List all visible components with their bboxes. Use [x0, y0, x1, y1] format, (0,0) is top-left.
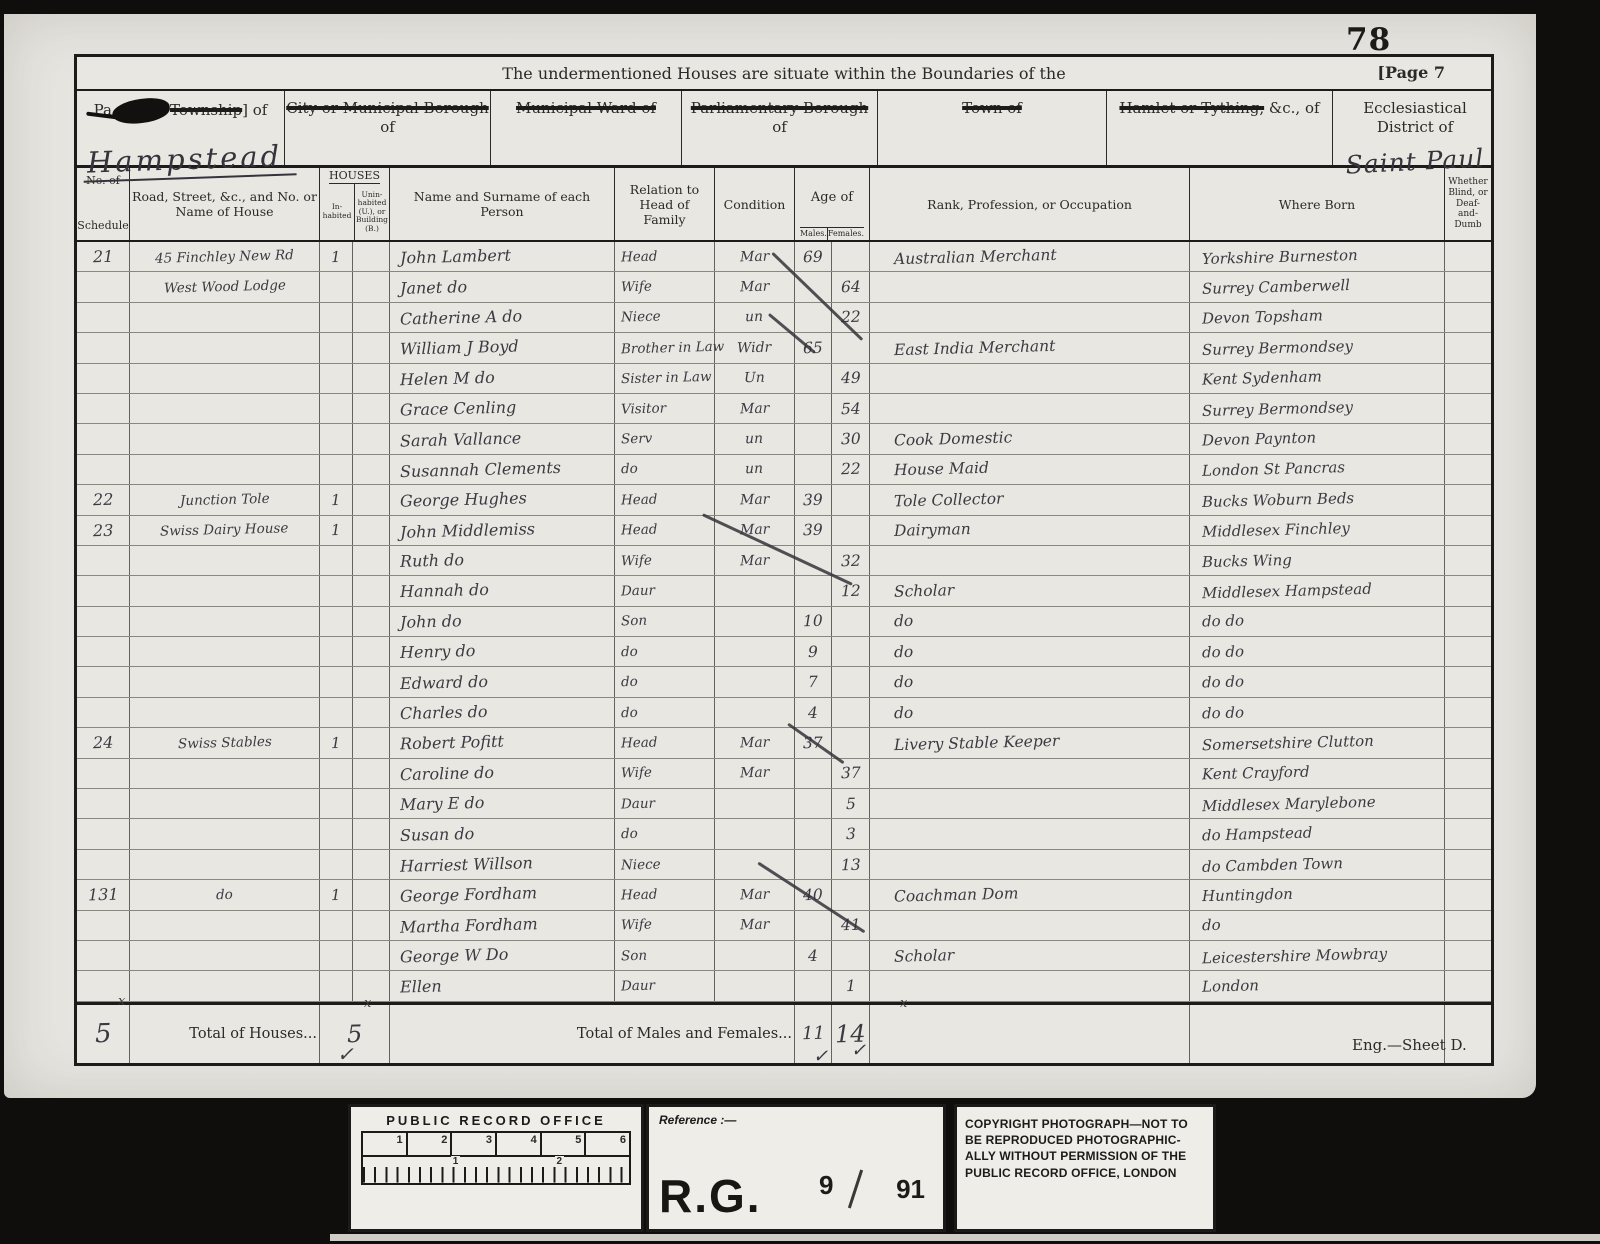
- cell-road: [129, 637, 319, 666]
- cell-cond: [714, 576, 794, 605]
- cell-name: John Lambert: [389, 242, 614, 271]
- cell-cond: [714, 789, 794, 818]
- cell-occ: Livery Stable Keeper: [869, 728, 1189, 757]
- cell-cond: Mar: [714, 728, 794, 757]
- cell-uninh: [352, 333, 389, 362]
- handwritten-entry: Kent Sydenham: [1202, 368, 1322, 389]
- jurisdiction-borough: City or Municipal Borough of: [284, 91, 490, 165]
- cell-inh: 1: [319, 728, 352, 757]
- cell-inf: [1444, 516, 1491, 545]
- census-row: 24Swiss Stables1Robert PofittHeadMar37Li…: [77, 728, 1491, 758]
- handwritten-entry: Somersetshire Clutton: [1202, 732, 1374, 754]
- cell-sched: [77, 789, 129, 818]
- cell-rel: do: [614, 455, 714, 484]
- cell-cond: Mar: [714, 394, 794, 423]
- handwritten-entry: do: [621, 644, 638, 660]
- cell-cond: un: [714, 303, 794, 332]
- cell-f: [831, 333, 869, 362]
- cell-rel: Serv: [614, 424, 714, 453]
- cell-f: 3: [831, 819, 869, 848]
- cell-born: Yorkshire Burneston: [1189, 242, 1444, 271]
- handwritten-entry: 5: [845, 795, 855, 813]
- census-row: 131do1George FordhamHeadMar40Coachman Do…: [77, 880, 1491, 910]
- census-row: Charles dodo4dodo do: [77, 698, 1491, 728]
- cell-born: do do: [1189, 698, 1444, 727]
- cell-born: Bucks Woburn Beds: [1189, 485, 1444, 514]
- cell-sched: 23: [77, 516, 129, 545]
- cell-uninh: [352, 850, 389, 879]
- cell-name: Helen M do: [389, 364, 614, 393]
- cross-mark: x: [900, 996, 907, 1011]
- cell-uninh: [352, 485, 389, 514]
- cell-f: 64: [831, 272, 869, 301]
- cell-f: 54: [831, 394, 869, 423]
- handwritten-entry: 21: [93, 247, 114, 267]
- cell-cond: un: [714, 455, 794, 484]
- cell-born: London: [1189, 971, 1444, 1000]
- handwritten-entry: 3: [845, 825, 855, 843]
- cell-road: [129, 364, 319, 393]
- handwritten-entry: London St Pancras: [1202, 459, 1345, 481]
- pro-copyright-box: COPYRIGHT PHOTOGRAPH—NOT TO BE REPRODUCE…: [954, 1104, 1216, 1232]
- cell-name: Harriest Willson: [389, 850, 614, 879]
- cell-f: [831, 516, 869, 545]
- cell-sched: [77, 364, 129, 393]
- cell-born: do do: [1189, 667, 1444, 696]
- cell-rel: Head: [614, 880, 714, 909]
- handwritten-entry: Middlesex Marylebone: [1202, 792, 1376, 815]
- cell-inh: [319, 546, 352, 575]
- cell-f: 30: [831, 424, 869, 453]
- cell-name: Susannah Clements: [389, 455, 614, 484]
- cell-inf: [1444, 364, 1491, 393]
- census-row: 22Junction Tole1George HughesHeadMar39To…: [77, 485, 1491, 515]
- cell-sched: [77, 394, 129, 423]
- header-name: Name and Surname of each Person: [389, 168, 614, 240]
- cell-road: [129, 333, 319, 362]
- cell-uninh: [352, 911, 389, 940]
- cell-rel: Sister in Law: [614, 364, 714, 393]
- cell-cond: Mar: [714, 485, 794, 514]
- table-title: The undermentioned Houses are situate wi…: [502, 64, 1065, 83]
- handwritten-entry: John Middlemiss: [400, 519, 535, 542]
- cell-sched: [77, 759, 129, 788]
- handwritten-entry: Visitor: [621, 400, 666, 417]
- cell-cond: Mar: [714, 911, 794, 940]
- cell-born: Middlesex Finchley: [1189, 516, 1444, 545]
- cell-cond: Mar: [714, 272, 794, 301]
- cell-occ: East India Merchant: [869, 333, 1189, 362]
- handwritten-entry: 69: [803, 247, 823, 266]
- pro-office-title: PUBLIC RECORD OFFICE: [361, 1113, 631, 1128]
- cell-m: [794, 759, 831, 788]
- cell-road: [129, 971, 319, 1000]
- handwritten-entry: 9: [808, 643, 818, 661]
- cell-inh: 1: [319, 516, 352, 545]
- cell-road: Swiss Stables: [129, 728, 319, 757]
- header-uninhabited: Unin-habited (U.), or Building (B.): [354, 184, 389, 240]
- handwritten-entry: do Hampstead: [1202, 824, 1313, 845]
- cell-occ: Cook Domestic: [869, 424, 1189, 453]
- cell-road: [129, 850, 319, 879]
- cell-road: [129, 303, 319, 332]
- cell-occ: do: [869, 698, 1189, 727]
- handwritten-entry: Widr: [737, 339, 772, 356]
- cell-inh: [319, 667, 352, 696]
- cell-inf: [1444, 424, 1491, 453]
- census-row: EllenDaur1London: [77, 971, 1491, 1001]
- cell-name: Martha Fordham: [389, 911, 614, 940]
- census-row: Susannah Clementsdoun22House MaidLondon …: [77, 455, 1491, 485]
- census-row: Harriest WillsonNiece13do Cambden Town: [77, 850, 1491, 880]
- cell-occ: [869, 272, 1189, 301]
- handwritten-entry: Wife: [621, 552, 652, 569]
- cell-occ: [869, 789, 1189, 818]
- cell-cond: [714, 971, 794, 1000]
- handwritten-entry: Robert Pofitt: [400, 732, 504, 754]
- header-condition: Condition: [714, 168, 794, 240]
- cell-sched: [77, 546, 129, 575]
- handwritten-entry: un: [745, 309, 763, 325]
- handwritten-entry: Livery Stable Keeper: [894, 732, 1060, 754]
- handwritten-entry: Sister in Law: [621, 369, 712, 387]
- handwritten-entry: 1: [845, 977, 855, 995]
- cell-cond: [714, 637, 794, 666]
- handwritten-entry: Mar: [740, 887, 770, 904]
- handwritten-entry: Dairyman: [894, 520, 971, 540]
- cell-inh: [319, 333, 352, 362]
- column-header-row: No. of Schedule Road, Street, &c., and N…: [77, 168, 1491, 242]
- cell-occ: Tole Collector: [869, 485, 1189, 514]
- cell-m: 69: [794, 242, 831, 271]
- cell-sched: [77, 272, 129, 301]
- cell-uninh: [352, 272, 389, 301]
- handwritten-entry: Swiss Stables: [177, 734, 271, 752]
- cell-name: Hannah do: [389, 576, 614, 605]
- cell-road: 45 Finchley New Rd: [129, 242, 319, 271]
- cell-inh: 1: [319, 880, 352, 909]
- cell-inf: [1444, 667, 1491, 696]
- handwritten-entry: Charles do: [400, 702, 488, 723]
- cell-rel: Head: [614, 728, 714, 757]
- cell-road: West Wood Lodge: [129, 272, 319, 301]
- cell-inf: [1444, 455, 1491, 484]
- cell-cond: [714, 607, 794, 636]
- handwritten-entry: Mar: [740, 491, 770, 508]
- handwritten-entry: Mar: [740, 917, 770, 934]
- cell-born: do do: [1189, 637, 1444, 666]
- header-relation: Relation to Head of Family: [614, 168, 714, 240]
- cell-occ: [869, 364, 1189, 393]
- handwritten-entry: Head: [621, 886, 658, 903]
- total-houses-value: 5: [319, 1005, 389, 1063]
- cell-uninh: [352, 789, 389, 818]
- cell-born: Surrey Camberwell: [1189, 272, 1444, 301]
- handwritten-entry: George Fordham: [400, 884, 538, 907]
- cell-f: 22: [831, 455, 869, 484]
- cell-name: Caroline do: [389, 759, 614, 788]
- cell-uninh: [352, 819, 389, 848]
- cell-inf: [1444, 333, 1491, 362]
- handwritten-entry: 7: [808, 673, 818, 691]
- cell-uninh: [352, 880, 389, 909]
- jurisdiction-hamlet: Hamlet or Tything, &c., of: [1106, 91, 1332, 165]
- cell-m: [794, 364, 831, 393]
- cell-born: London St Pancras: [1189, 455, 1444, 484]
- cell-born: Surrey Bermondsey: [1189, 394, 1444, 423]
- cell-cond: Widr: [714, 333, 794, 362]
- cell-rel: Wife: [614, 759, 714, 788]
- handwritten-entry: Martha Fordham: [400, 914, 538, 937]
- header-infirm: Whether Blind, or Deaf-and-Dumb: [1444, 168, 1491, 240]
- handwritten-entry: House Maid: [894, 459, 989, 479]
- cell-inf: [1444, 485, 1491, 514]
- cell-cond: un: [714, 424, 794, 453]
- handwritten-entry: Janet do: [400, 277, 468, 298]
- cell-rel: Niece: [614, 303, 714, 332]
- cell-m: [794, 819, 831, 848]
- cell-road: Junction Tole: [129, 485, 319, 514]
- handwritten-entry: Bucks Woburn Beds: [1202, 489, 1355, 511]
- handwritten-entry: Son: [621, 947, 647, 964]
- cell-inh: [319, 637, 352, 666]
- handwritten-entry: Mar: [740, 522, 770, 539]
- handwritten-entry: Scholar: [894, 581, 955, 601]
- census-row: Susan dodo3do Hampstead: [77, 819, 1491, 849]
- cell-cond: Un: [714, 364, 794, 393]
- cell-f: 1: [831, 971, 869, 1000]
- cell-name: Ruth do: [389, 546, 614, 575]
- handwritten-entry: Wife: [621, 917, 652, 934]
- sheet-note: Eng.—Sheet D.: [1352, 1036, 1467, 1054]
- cell-inh: [319, 364, 352, 393]
- header-houses-group: HOUSES In-habited Unin-habited (U.), or …: [319, 168, 389, 240]
- handwritten-entry: do: [621, 461, 638, 477]
- cell-name: George Fordham: [389, 880, 614, 909]
- cell-f: [831, 941, 869, 970]
- handwritten-entry: Wife: [621, 279, 652, 296]
- handwritten-entry: Yorkshire Burneston: [1202, 246, 1358, 268]
- cell-uninh: [352, 424, 389, 453]
- handwritten-entry: Swiss Dairy House: [160, 521, 289, 540]
- cross-mark: x: [118, 994, 125, 1009]
- cell-uninh: [352, 698, 389, 727]
- handwritten-entry: Mary E do: [400, 793, 485, 814]
- cell-name: George W Do: [389, 941, 614, 970]
- totals-schedule-cell: 5: [77, 1005, 129, 1063]
- handwritten-entry: Leicestershire Mowbray: [1202, 944, 1387, 967]
- folio-number: 78: [1346, 22, 1391, 58]
- handwritten-entry: do: [894, 612, 914, 630]
- cell-road: [129, 424, 319, 453]
- handwritten-entry: George Hughes: [400, 489, 527, 511]
- cell-road: [129, 819, 319, 848]
- handwritten-entry: Surrey Bermondsey: [1202, 337, 1353, 359]
- cell-uninh: [352, 516, 389, 545]
- cell-inh: 1: [319, 485, 352, 514]
- cell-rel: Wife: [614, 272, 714, 301]
- pro-scale-numbers: 1 2 3 4 5 6: [361, 1131, 631, 1155]
- handwritten-entry: Niece: [621, 856, 661, 873]
- handwritten-entry: Susannah Clements: [400, 458, 561, 481]
- cross-mark: x: [364, 996, 371, 1011]
- cell-uninh: [352, 759, 389, 788]
- cell-born: Leicestershire Mowbray: [1189, 941, 1444, 970]
- cell-uninh: [352, 546, 389, 575]
- cell-born: do do: [1189, 607, 1444, 636]
- census-row: 2145 Finchley New Rd1John LambertHeadMar…: [77, 242, 1491, 272]
- cell-cond: [714, 667, 794, 696]
- handwritten-entry: Surrey Camberwell: [1202, 276, 1350, 298]
- handwritten-entry: 4: [808, 703, 818, 721]
- handwritten-entry: 1: [331, 248, 341, 266]
- handwritten-entry: Niece: [621, 309, 661, 326]
- handwritten-entry: Wife: [621, 765, 652, 782]
- census-row: Mary E doDaur5Middlesex Marylebone: [77, 789, 1491, 819]
- cell-sched: 131: [77, 880, 129, 909]
- cell-inh: [319, 303, 352, 332]
- cell-m: [794, 455, 831, 484]
- cell-sched: [77, 941, 129, 970]
- handwritten-entry: 10: [803, 612, 823, 631]
- cell-name: John Middlemiss: [389, 516, 614, 545]
- cell-m: 9: [794, 637, 831, 666]
- cell-m: 39: [794, 485, 831, 514]
- cell-born: Kent Sydenham: [1189, 364, 1444, 393]
- jurisdiction-parish-label: PaTownship] of: [77, 99, 284, 123]
- handwritten-entry: 23: [93, 520, 114, 540]
- totals-empty-born: [1189, 1005, 1444, 1063]
- header-age-group: Age of Males. Females.: [794, 168, 869, 240]
- cell-cond: Mar: [714, 759, 794, 788]
- cell-sched: [77, 667, 129, 696]
- cell-uninh: [352, 394, 389, 423]
- cell-inh: [319, 819, 352, 848]
- cell-rel: Niece: [614, 850, 714, 879]
- cell-born: Kent Crayford: [1189, 759, 1444, 788]
- handwritten-entry: 22: [840, 460, 860, 479]
- cell-m: [794, 789, 831, 818]
- cell-cond: Mar: [714, 516, 794, 545]
- cell-occ: Dairyman: [869, 516, 1189, 545]
- handwritten-entry: 131: [87, 885, 118, 905]
- handwritten-entry: Australian Merchant: [894, 246, 1057, 268]
- jurisdiction-town: Town of: [877, 91, 1106, 165]
- cell-name: Sarah Vallance: [389, 424, 614, 453]
- handwritten-entry: Hannah do: [400, 580, 489, 601]
- pro-reference-box: Reference :— R.G. 9 91: [646, 1104, 946, 1232]
- parish-name-handwritten: Hampstead: [82, 137, 296, 183]
- cell-m: [794, 576, 831, 605]
- cell-occ: [869, 546, 1189, 575]
- cell-inf: [1444, 272, 1491, 301]
- cell-name: Grace Cenling: [389, 394, 614, 423]
- cell-m: [794, 911, 831, 940]
- handwritten-entry: Huntingdon: [1202, 885, 1293, 905]
- cell-inf: [1444, 546, 1491, 575]
- handwritten-entry: 1: [331, 734, 341, 752]
- handwritten-entry: Scholar: [894, 946, 955, 966]
- cell-inh: [319, 850, 352, 879]
- cell-f: [831, 698, 869, 727]
- handwritten-entry: 32: [840, 551, 860, 570]
- cell-born: Bucks Wing: [1189, 546, 1444, 575]
- cell-m: [794, 303, 831, 332]
- cell-inf: [1444, 789, 1491, 818]
- cell-road: [129, 941, 319, 970]
- cell-inh: [319, 971, 352, 1000]
- header-females: Females.: [827, 228, 864, 240]
- cell-road: [129, 576, 319, 605]
- handwritten-entry: 54: [840, 399, 860, 418]
- cell-road: Swiss Dairy House: [129, 516, 319, 545]
- jurisdiction-ward: Municipal Ward of: [490, 91, 681, 165]
- cell-road: [129, 759, 319, 788]
- handwritten-entry: Middlesex Hampstead: [1202, 580, 1372, 602]
- cell-inh: [319, 759, 352, 788]
- handwritten-entry: do: [894, 703, 914, 721]
- cell-rel: Wife: [614, 546, 714, 575]
- cell-sched: [77, 303, 129, 332]
- handwritten-entry: Un: [744, 370, 765, 387]
- handwritten-entry: do do: [1202, 703, 1245, 722]
- handwritten-entry: Junction Tole: [179, 491, 269, 509]
- cell-name: Mary E do: [389, 789, 614, 818]
- header-born: Where Born: [1189, 168, 1444, 240]
- cell-sched: [77, 424, 129, 453]
- totals-empty-occ: [869, 1005, 1189, 1063]
- pro-ruler-box: PUBLIC RECORD OFFICE 1 2 3 4 5 6 1 2: [348, 1104, 644, 1232]
- handwritten-entry: Helen M do: [400, 368, 495, 389]
- handwritten-entry: Ellen: [400, 976, 442, 996]
- handwritten-entry: un: [745, 461, 763, 477]
- cell-inf: [1444, 759, 1491, 788]
- handwritten-entry: do: [621, 674, 638, 690]
- census-row: John doSon10dodo do: [77, 607, 1491, 637]
- cell-m: [794, 424, 831, 453]
- ink-stroke: [848, 1170, 863, 1209]
- cell-name: Ellen: [389, 971, 614, 1000]
- cell-rel: Wife: [614, 911, 714, 940]
- handwritten-entry: William J Boyd: [400, 337, 519, 359]
- handwritten-entry: 39: [803, 491, 823, 510]
- census-row: Grace CenlingVisitorMar54Surrey Bermonds…: [77, 394, 1491, 424]
- cell-sched: [77, 576, 129, 605]
- census-rows: 2145 Finchley New Rd1John LambertHeadMar…: [77, 242, 1491, 1002]
- jurisdiction-ecclesiastical: Ecclesiastical District of Saint Paul: [1332, 91, 1497, 165]
- cell-rel: do: [614, 667, 714, 696]
- cell-sched: 22: [77, 485, 129, 514]
- cell-rel: Visitor: [614, 394, 714, 423]
- cell-sched: [77, 850, 129, 879]
- handwritten-entry: do Cambden Town: [1202, 854, 1343, 876]
- handwritten-entry: 65: [803, 339, 823, 358]
- handwritten-entry: 1: [331, 521, 341, 539]
- pro-ruler-ticks: 1 2: [361, 1155, 631, 1185]
- cell-m: [794, 971, 831, 1000]
- cell-sched: [77, 819, 129, 848]
- handwritten-entry: Harriest Willson: [400, 853, 533, 875]
- cell-m: 4: [794, 941, 831, 970]
- cell-f: [831, 728, 869, 757]
- cell-road: [129, 607, 319, 636]
- cell-born: Huntingdon: [1189, 880, 1444, 909]
- handwritten-entry: Middlesex Finchley: [1202, 519, 1350, 541]
- cell-sched: [77, 607, 129, 636]
- handwritten-entry: Caroline do: [400, 763, 494, 784]
- cell-road: [129, 667, 319, 696]
- cell-inf: [1444, 911, 1491, 940]
